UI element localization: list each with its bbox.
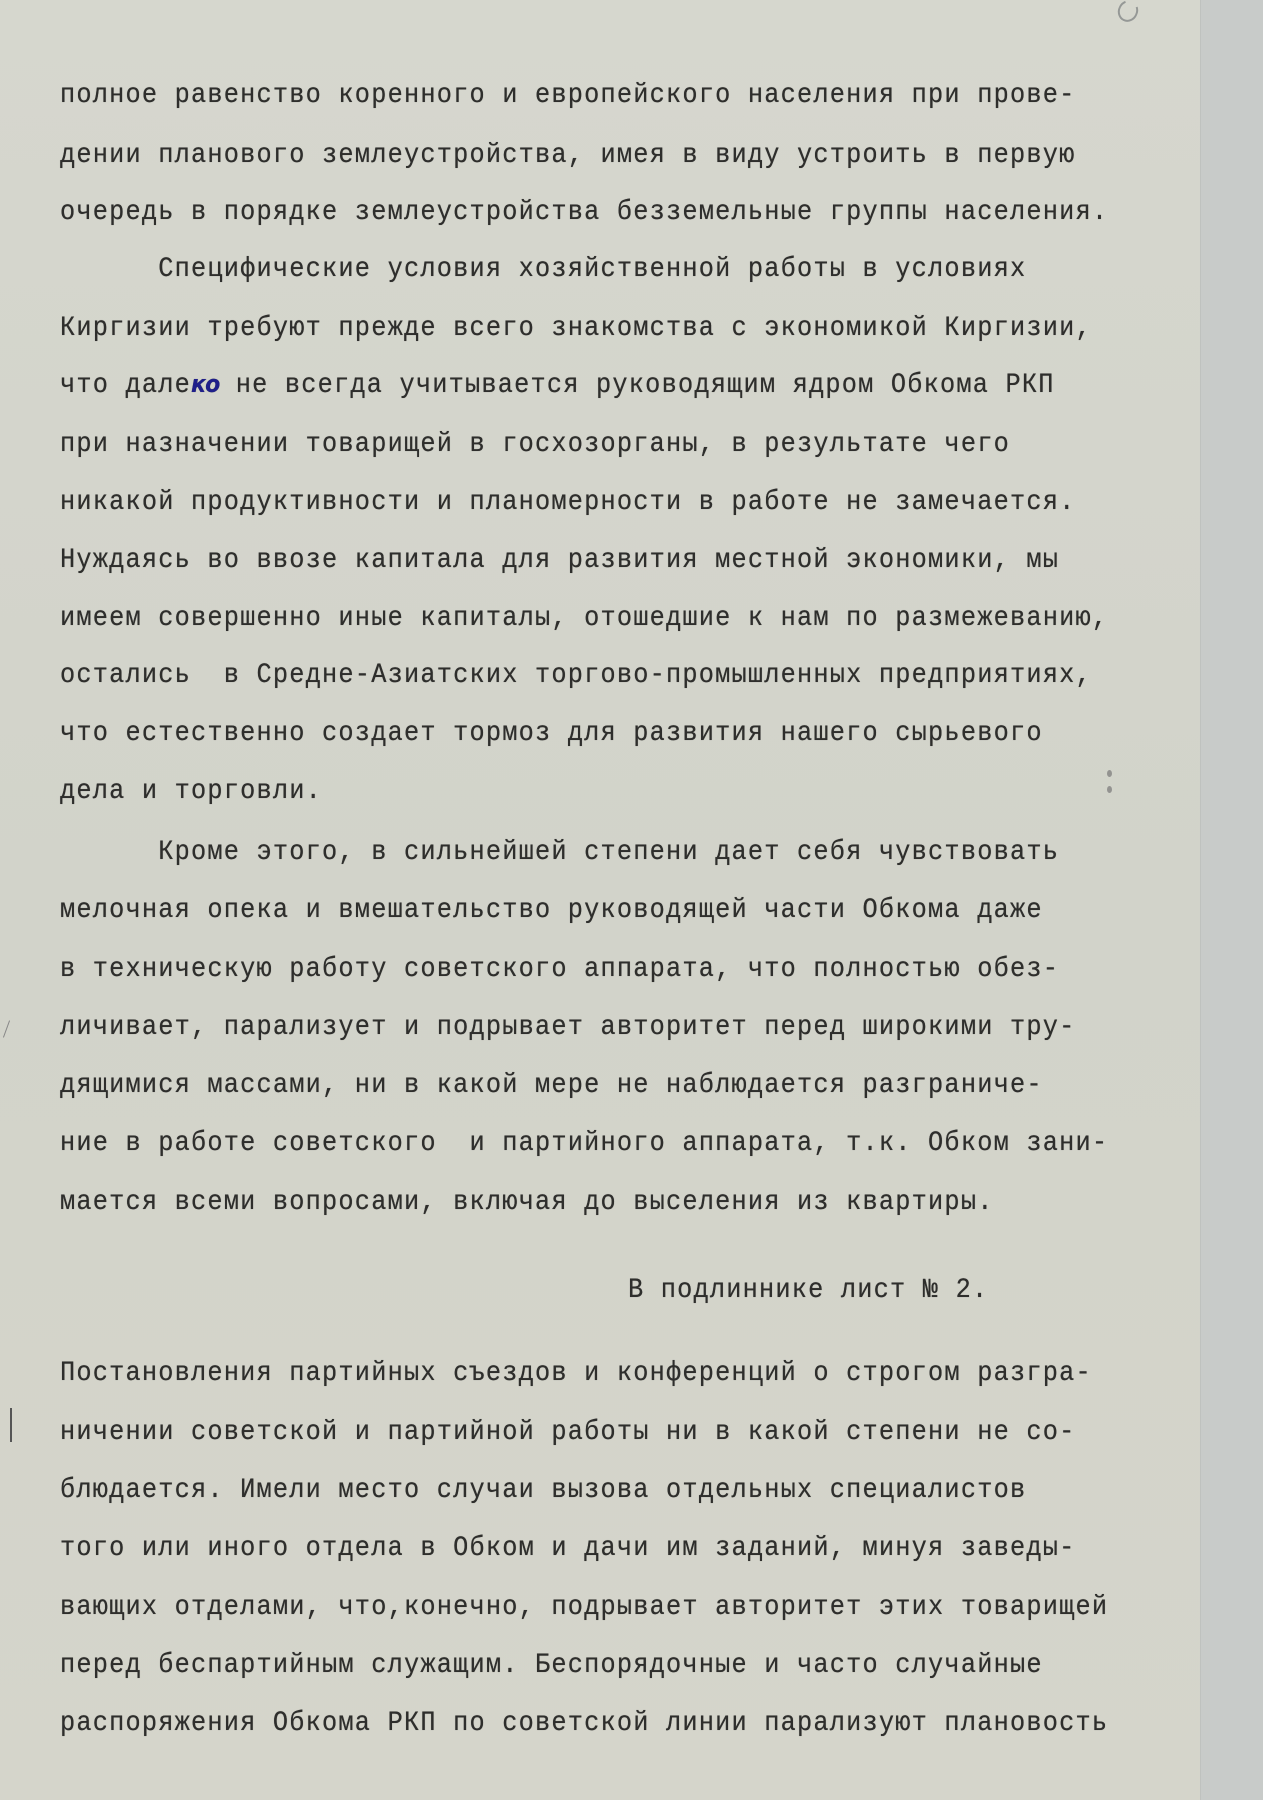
handwritten-correction: ко: [191, 370, 219, 398]
text-line: перед беспартийным служащим. Беспорядочн…: [60, 1650, 1043, 1681]
scan-edge-strip: [1200, 0, 1263, 1800]
text-line: мается всеми вопросами, включая до высел…: [60, 1187, 994, 1218]
text-line: ние в работе советского и партийного апп…: [60, 1128, 1108, 1159]
text-line: Постановления партийных съездов и конфер…: [60, 1358, 1092, 1389]
text-line: распоряжения Обкома РКП по советской лин…: [60, 1708, 1108, 1739]
paragraph-start-line: Кроме этого, в сильнейшей степени дает с…: [60, 837, 1059, 868]
text-line: вающих отделами, что,конечно, подрывает …: [60, 1592, 1108, 1623]
text-line: имеем совершенно иные капиталы, отошедши…: [60, 603, 1108, 634]
text-line: того или иного отдела в Обком и дачи им …: [60, 1533, 1075, 1564]
text-line: никакой продуктивности и планомерности в…: [60, 487, 1075, 518]
text-line: в техническую работу советского аппарата…: [60, 954, 1059, 985]
text-line: что естественно создает тормоз для разви…: [60, 718, 1043, 749]
text-line-with-correction: что далеко не всегда учитывается руковод…: [60, 370, 1055, 401]
text-line: ничении советской и партийной работы ни …: [60, 1417, 1075, 1448]
text-line: остались в Средне-Азиатских торгово-пром…: [60, 660, 1092, 691]
text-fragment: не всегда учитывается руководящим ядром …: [219, 370, 1054, 401]
text-line: при назначении товарищей в госхозорганы,…: [60, 429, 1010, 460]
text-line: мелочная опека и вмешательство руководящ…: [60, 895, 1043, 926]
text-line: полное равенство коренного и европейског…: [60, 80, 1075, 111]
sheet-heading: В подлиннике лист № 2.: [628, 1275, 988, 1306]
margin-mark: [10, 1408, 12, 1442]
text-line: блюдается. Имели место случаи вызова отд…: [60, 1475, 1026, 1506]
text-line: дела и торговли.: [60, 776, 322, 807]
text-line: Нуждаясь во ввозе капитала для развития …: [60, 545, 1059, 576]
text-line: очередь в порядке землеустройства беззем…: [60, 197, 1108, 228]
paragraph-start-line: Специфические условия хозяйственной рабо…: [60, 254, 1026, 285]
text-line: дении планового землеустройства, имея в …: [60, 140, 1075, 171]
text-fragment: что дале: [60, 370, 191, 401]
margin-dots: [1107, 770, 1113, 798]
text-line: Киргизии требуют прежде всего знакомства…: [60, 313, 1092, 344]
text-line: дящимися массами, ни в какой мере не наб…: [60, 1070, 1043, 1101]
text-line: личивает, парализует и подрывает авторит…: [60, 1012, 1075, 1043]
